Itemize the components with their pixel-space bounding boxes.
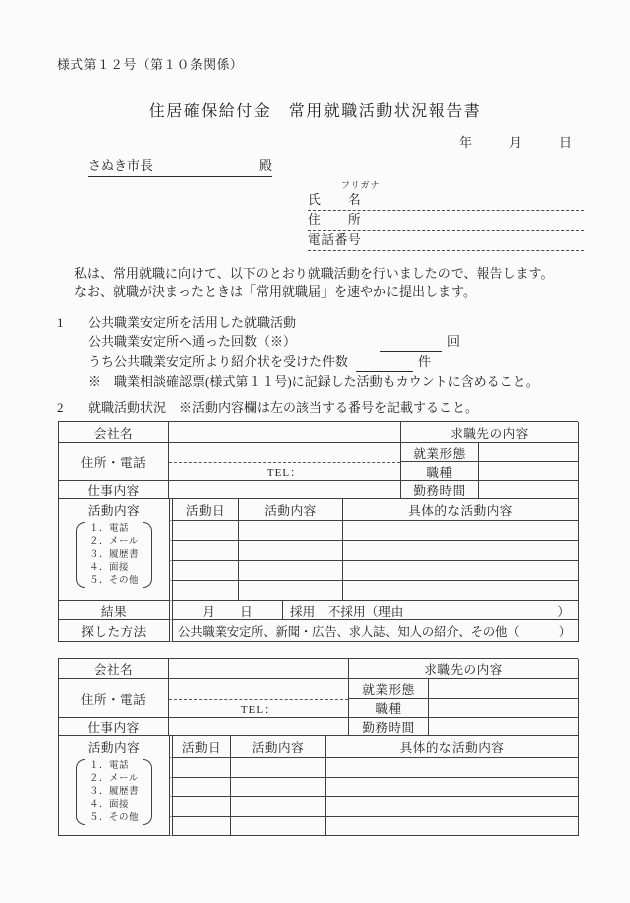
referrals-unit: 件 <box>418 354 431 369</box>
form-number: 様式第１２号（第１０条関係） <box>57 57 630 74</box>
section-1: 1 公共職業安定所を活用した就職活動 公共職業安定所へ通った回数（※）回 うち公… <box>57 314 630 391</box>
address-phone-value-cell: TEL： <box>169 679 349 718</box>
activity-content-cell <box>239 561 343 581</box>
employment-type-label: 就業形態 <box>401 443 479 462</box>
activity-content-header: 活動内容 <box>239 499 343 521</box>
activity-detail-cell <box>326 797 579 817</box>
work-content-value-cell <box>169 718 349 736</box>
job-offer-header: 求職先の内容 <box>401 422 579 443</box>
right-paren-shape <box>143 522 152 588</box>
activity-detail-cell <box>343 541 579 561</box>
activity-detail-cell <box>343 561 579 581</box>
activity-option: ４．面接 <box>89 799 139 812</box>
work-hours-value-cell <box>479 481 579 499</box>
activity-type-column: 活動内容 １．電話 ２．メール ３．履歴書 ４．面接 ５．その他 <box>59 499 169 601</box>
visits-label: 公共職業安定所へ通った回数（※） <box>88 334 296 349</box>
activity-option: １．電話 <box>89 760 139 773</box>
left-paren-shape <box>76 522 85 588</box>
referrals-label: うち公共職業安定所より紹介状を受けた件数 <box>88 354 348 369</box>
activity-detail-header: 具体的な活動内容 <box>326 736 579 758</box>
section-2-heading: 2 就職活動状況 ※活動内容欄は左の該当する番号を記載すること。 <box>57 399 630 417</box>
addressee-line: さぬき市長 殿 <box>88 158 272 177</box>
activity-content-cell <box>239 521 343 541</box>
section-2-note: ※活動内容欄は左の該当する番号を記載すること。 <box>179 399 478 417</box>
search-method-label: 探した方法 <box>59 620 169 642</box>
company-name-label: 会社名 <box>59 422 169 443</box>
activity-date-cell <box>169 758 231 778</box>
activity-column-label: 活動内容 <box>88 499 140 520</box>
employment-type-label: 就業形態 <box>349 679 429 699</box>
declaration-line2: なお、就職が決まったときは「常用就職届」を速やかに提出します。 <box>74 283 610 301</box>
day-label: 日 <box>559 134 572 152</box>
result-options-text: 採用 不採用（理由 <box>290 601 403 620</box>
address-value-area <box>169 443 400 463</box>
result-close-paren: ） <box>557 601 570 620</box>
search-method-value-cell: 公共職業安定所、新聞・広告、求人誌、知人の紹介、その他（ ） <box>169 620 579 642</box>
activity-content-cell <box>239 581 343 601</box>
activity-detail-cell <box>343 521 579 541</box>
work-content-label: 仕事内容 <box>59 718 169 736</box>
section-1-title: 公共職業安定所を活用した就職活動 <box>88 314 296 332</box>
declaration-paragraph: 私は、常用就職に向けて、以下のとおり就職活動を行いましたので、報告します。 なお… <box>74 265 610 300</box>
address-phone-value-cell: TEL： <box>169 443 401 481</box>
report-form-page: 様式第１２号（第１０条関係） 住居確保給付金 常用就職活動状況報告書 年 月 日… <box>0 0 630 903</box>
activity-option: ５．その他 <box>89 812 139 825</box>
activity-content-cell <box>231 817 326 837</box>
activity-column-label: 活動内容 <box>88 736 140 757</box>
work-content-value-cell <box>169 481 401 499</box>
addressee-honorific: 殿 <box>259 158 272 174</box>
activity-date-header: 活動日 <box>169 736 231 758</box>
referral-count-line: うち公共職業安定所より紹介状を受けた件数件 <box>88 352 630 372</box>
activity-content-cell <box>231 778 326 798</box>
company-name-value-cell <box>169 659 349 679</box>
activity-option: ３．履歴書 <box>89 786 139 799</box>
activity-option: ５．その他 <box>89 575 139 588</box>
result-date-cell: 月 日 <box>169 601 283 620</box>
job-offer-detail-grid: 就業形態 職種 <box>349 679 579 718</box>
job-activity-table-2: 会社名 求職先の内容 住所・電話 TEL： 就業形態 職種 仕事内容 勤務時間 <box>58 658 578 836</box>
activity-type-column: 活動内容 １．電話 ２．メール ３．履歴書 ４．面接 ５．その他 <box>59 736 169 836</box>
date-line: 年 月 日 <box>0 134 572 152</box>
hellowork-visits-line: 公共職業安定所へ通った回数（※）回 <box>88 332 630 352</box>
job-activity-table-1: 会社名 求職先の内容 住所・電話 TEL： 就業形態 職種 仕事内容 勤務時間 <box>58 421 578 642</box>
work-hours-label: 勤務時間 <box>401 481 479 499</box>
activity-detail-cell <box>343 581 579 601</box>
applicant-block: フリガナ 氏 名 住 所 電話番号 <box>308 179 584 251</box>
activity-content-header: 活動内容 <box>231 736 326 758</box>
activity-date-cell <box>169 521 239 541</box>
job-offer-detail-grid: 就業形態 職種 <box>401 443 579 481</box>
left-paren-shape <box>76 759 85 825</box>
activity-content-cell <box>231 758 326 778</box>
activity-date-header: 活動日 <box>169 499 239 521</box>
work-hours-value-cell <box>429 718 579 736</box>
name-label: 氏 名 <box>308 193 361 207</box>
address-label: 住 所 <box>308 213 361 227</box>
name-field: 氏 名 <box>308 191 584 211</box>
activity-date-cell <box>169 561 239 581</box>
section-2-title: 就職活動状況 <box>88 399 166 417</box>
occupation-value-cell <box>479 462 579 481</box>
addressee-name: さぬき市長 <box>88 158 153 174</box>
work-content-label: 仕事内容 <box>59 481 169 499</box>
address-value-area <box>169 679 348 700</box>
search-method-options: 公共職業安定所、新聞・広告、求人誌、知人の紹介、その他（ <box>178 622 519 640</box>
activity-content-cell <box>239 541 343 561</box>
visits-blank-line <box>380 337 442 352</box>
activity-options-box: １．電話 ２．メール ３．履歴書 ４．面接 ５．その他 <box>76 522 152 588</box>
tel-value-area: TEL： <box>169 700 348 717</box>
activity-detail-cell <box>326 758 579 778</box>
tel-label: TEL： <box>267 464 302 480</box>
tel-value-area: TEL： <box>169 463 400 480</box>
occupation-label: 職種 <box>349 699 429 719</box>
address-field: 住 所 <box>308 211 584 231</box>
activity-option: ４．面接 <box>89 562 139 575</box>
declaration-line1: 私は、常用就職に向けて、以下のとおり就職活動を行いましたので、報告します。 <box>74 265 610 283</box>
page-title: 住居確保給付金 常用就職活動状況報告書 <box>0 101 630 122</box>
company-name-label: 会社名 <box>59 659 169 679</box>
activity-options-box: １．電話 ２．メール ３．履歴書 ４．面接 ５．その他 <box>76 759 152 825</box>
company-name-value-cell <box>169 422 401 443</box>
visits-unit: 回 <box>447 334 460 349</box>
search-method-close-paren: ） <box>559 622 571 640</box>
referrals-blank-line <box>356 357 413 372</box>
phone-label: 電話番号 <box>308 233 361 247</box>
activity-detail-cell <box>326 817 579 837</box>
activity-option: ２．メール <box>89 536 139 549</box>
section-2-number: 2 <box>57 399 88 417</box>
activity-date-cell <box>169 797 231 817</box>
occupation-value-cell <box>429 699 579 719</box>
month-label: 月 <box>509 134 522 152</box>
address-phone-label: 住所・電話 <box>59 679 169 718</box>
furigana-label: フリガナ <box>341 179 584 191</box>
activity-option: ３．履歴書 <box>89 549 139 562</box>
phone-field: 電話番号 <box>308 231 584 251</box>
activity-date-cell <box>169 581 239 601</box>
activity-date-cell <box>169 541 239 561</box>
section-1-note: ※ 職業相談確認票(様式第１１号)に記録した活動もカウントに含めること。 <box>88 372 630 391</box>
employment-type-value-cell <box>479 443 579 462</box>
section-1-heading: 1 公共職業安定所を活用した就職活動 <box>57 314 630 332</box>
result-value-cell: 採用 不採用（理由 ） <box>283 601 579 620</box>
address-phone-label: 住所・電話 <box>59 443 169 481</box>
right-paren-shape <box>143 759 152 825</box>
year-label: 年 <box>459 134 472 152</box>
work-hours-label: 勤務時間 <box>349 718 429 736</box>
activity-date-cell <box>169 817 231 837</box>
result-label: 結果 <box>59 601 169 620</box>
employment-type-value-cell <box>429 679 579 699</box>
job-offer-header: 求職先の内容 <box>349 659 579 679</box>
activity-detail-header: 具体的な活動内容 <box>343 499 579 521</box>
activity-option: １．電話 <box>89 523 139 536</box>
activity-content-cell <box>231 797 326 817</box>
occupation-label: 職種 <box>401 462 479 481</box>
tel-label: TEL： <box>241 701 276 717</box>
activity-detail-cell <box>326 778 579 798</box>
section-1-number: 1 <box>57 314 88 332</box>
activity-option: ２．メール <box>89 773 139 786</box>
activity-date-cell <box>169 778 231 798</box>
